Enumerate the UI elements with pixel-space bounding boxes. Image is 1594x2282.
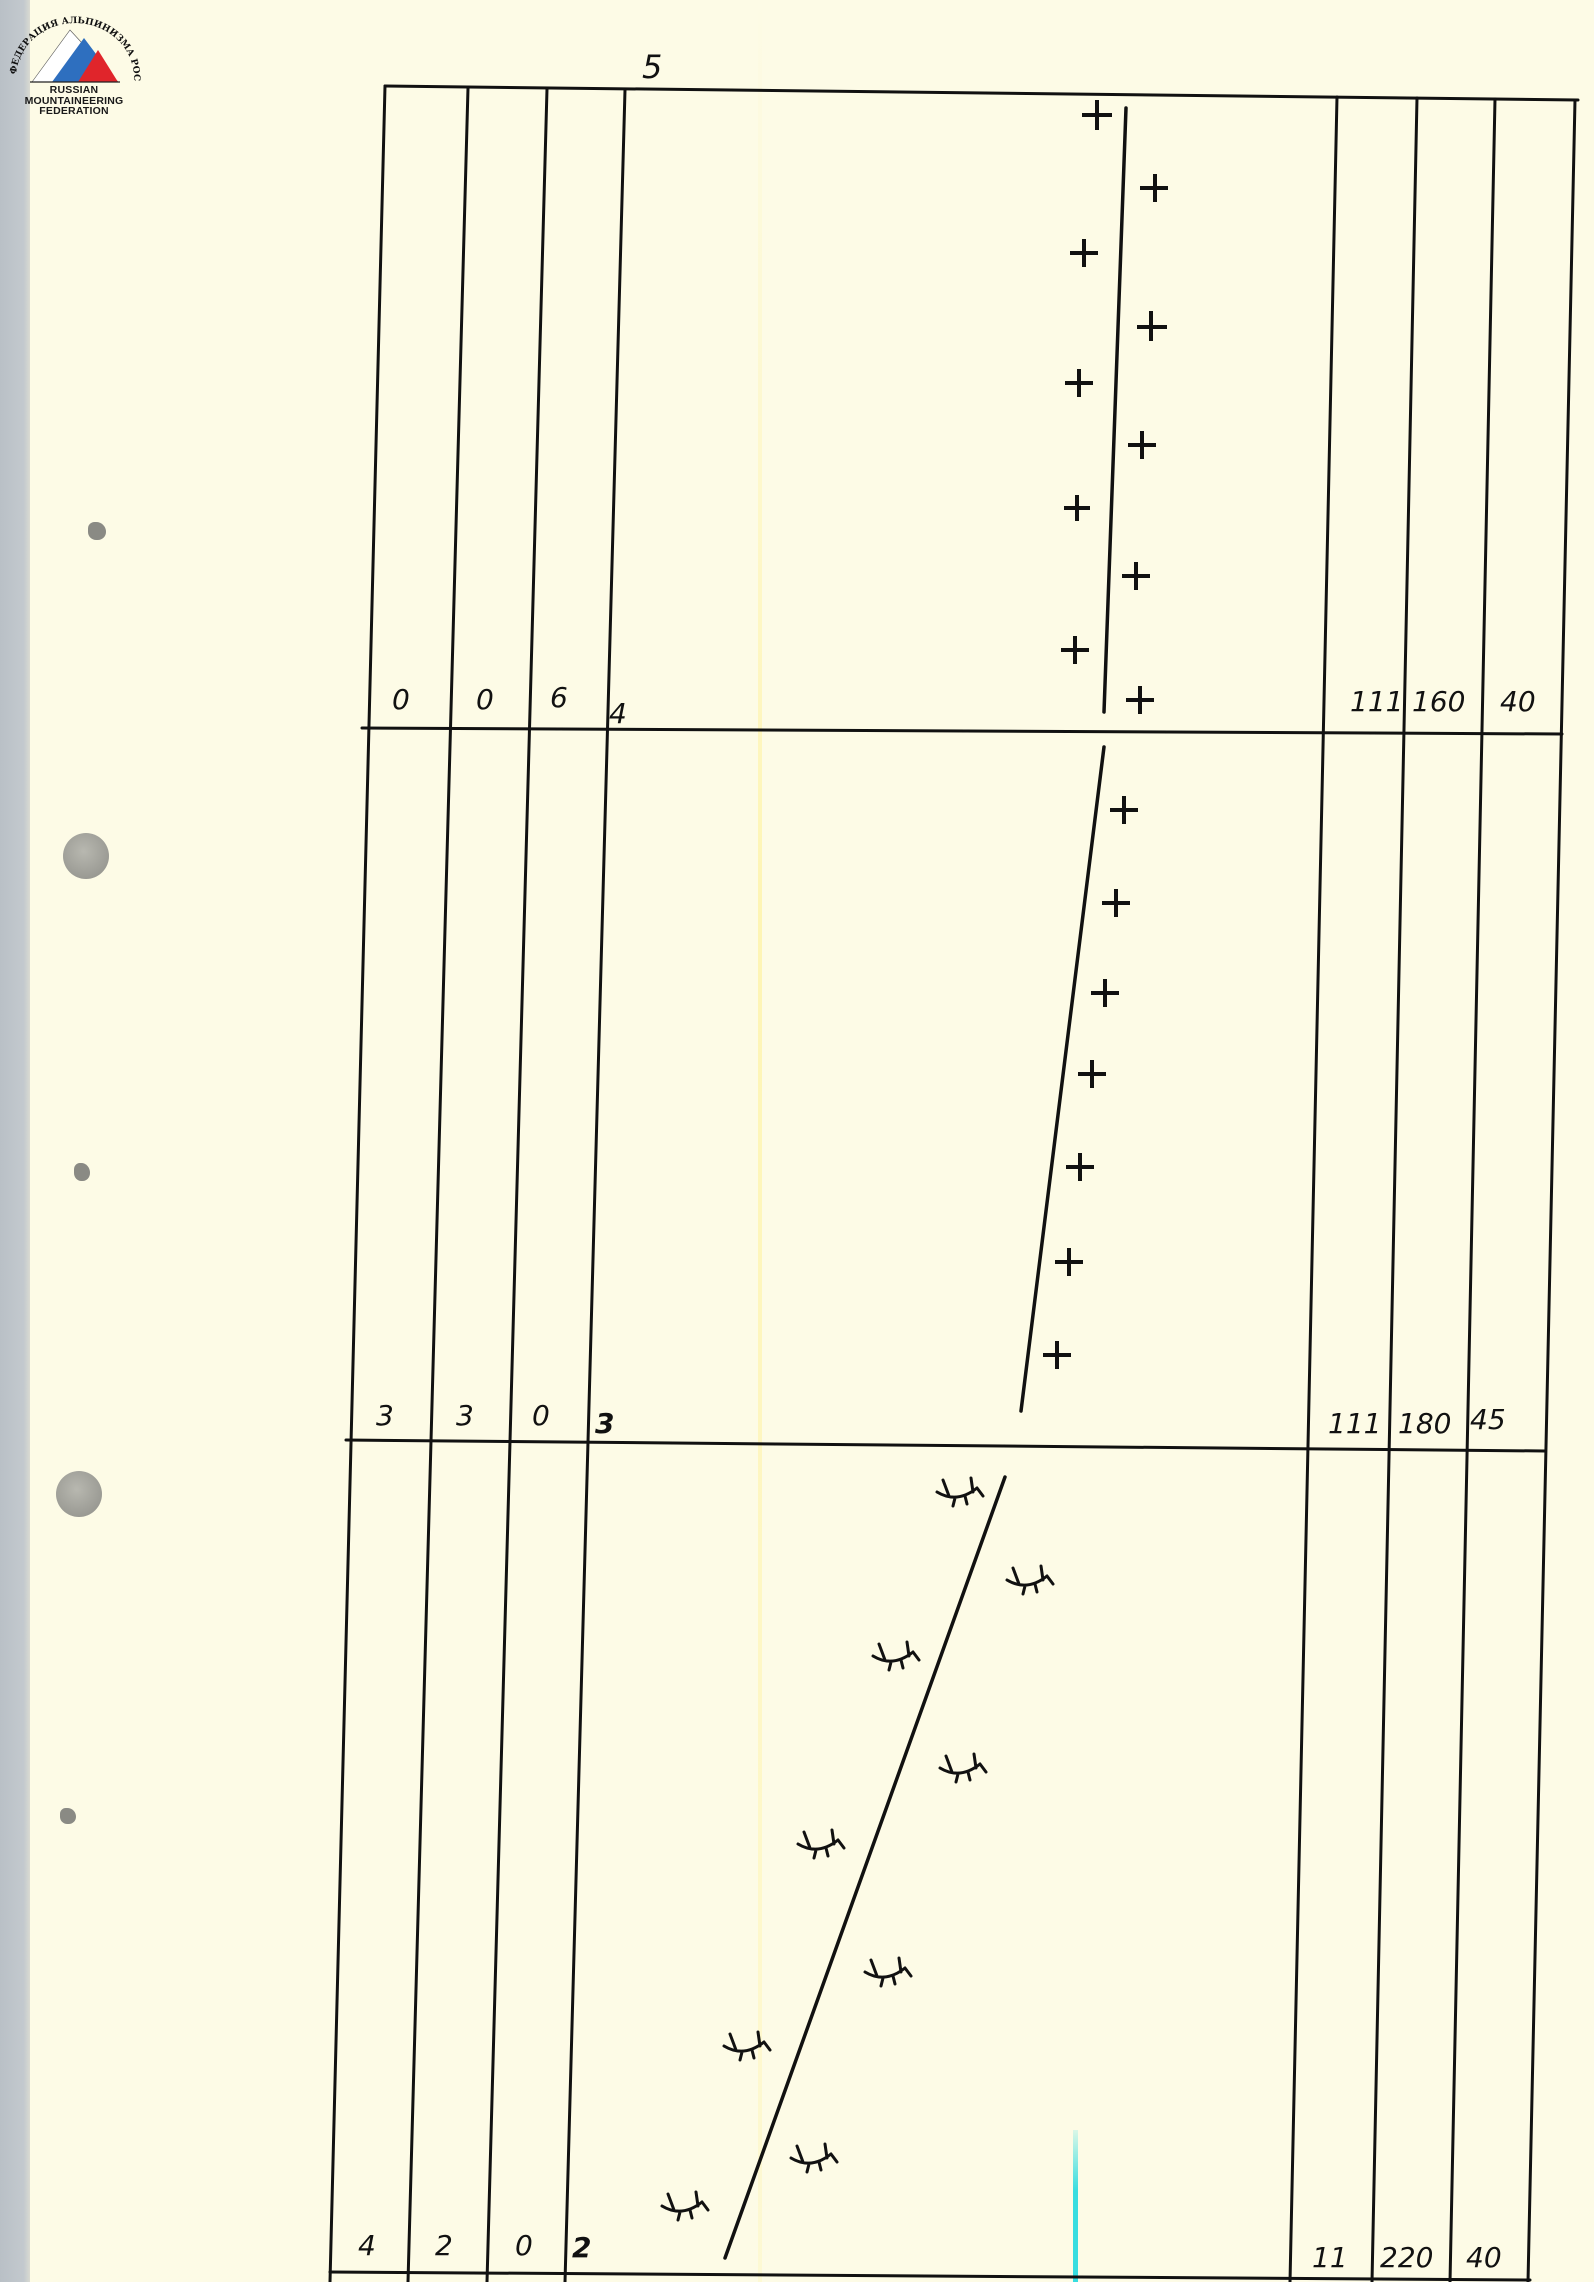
section-2-length: 180 — [1398, 1410, 1451, 1438]
section-2-col-2: 3 — [456, 1402, 474, 1430]
section-3-col-4: 2 — [572, 2234, 591, 2262]
section-2-col-4: 3 — [595, 1410, 614, 1438]
route-line-section-3 — [725, 1477, 1005, 2258]
section-1-col-1: 0 — [392, 686, 410, 714]
route-scheme-grid — [0, 0, 1594, 2282]
section-1-steepness: 40 — [1500, 688, 1536, 716]
section-3-col-2: 2 — [435, 2232, 453, 2260]
section-2-col-1: 3 — [376, 1402, 394, 1430]
section-1-col-4: 4 — [609, 700, 627, 728]
section-2-col-3: 0 — [532, 1402, 550, 1430]
plus-cross-icon-group-2 — [1045, 798, 1136, 1367]
section-2-category: 111 — [1328, 1410, 1381, 1438]
section-3-category: 11 — [1312, 2244, 1348, 2272]
section-3-col-1: 4 — [358, 2232, 376, 2260]
section-2-steepness: 45 — [1470, 1406, 1506, 1434]
section-1-col-3: 6 — [550, 684, 568, 712]
route-line-section-1 — [1104, 108, 1126, 712]
section-divider-1 — [362, 728, 1562, 734]
section-1-length: 160 — [1412, 688, 1465, 716]
table-bottom-border — [330, 2272, 1530, 2280]
section-3-col-3: 0 — [515, 2232, 533, 2260]
section-3-steepness: 40 — [1466, 2244, 1502, 2272]
section-divider-2 — [346, 1440, 1545, 1451]
table-top-border — [385, 86, 1578, 100]
section-1-col-2: 0 — [476, 686, 494, 714]
section-3-length: 220 — [1380, 2244, 1433, 2272]
grass-tuft-icon-group — [662, 1478, 1053, 2220]
section-1-category: 111 — [1350, 688, 1403, 716]
